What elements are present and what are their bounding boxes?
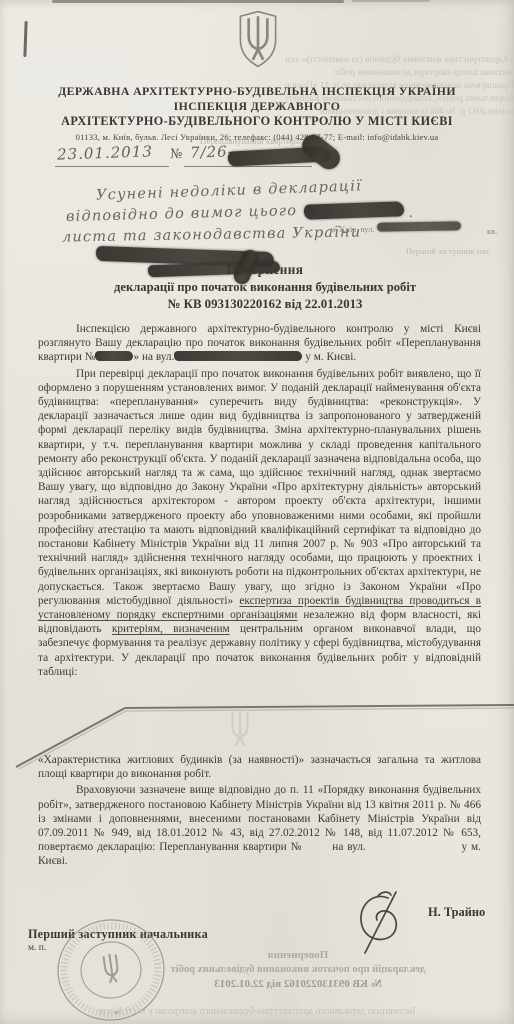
org-name-line3: АРХІТЕКТУРНО-БУДІВЕЛЬНОГО КОНТРОЛЮ У МІС…	[30, 114, 484, 129]
redaction-mark	[95, 351, 133, 361]
pen-mark	[23, 21, 27, 57]
hand-underlined-text: критеріям, визначеним	[112, 623, 230, 635]
blank-gap	[370, 849, 458, 850]
trident-watermark-icon	[222, 706, 258, 752]
body-paragraph: Інспекцією державного архітектурно-будів…	[38, 322, 481, 365]
body-text-block-1: Інспекцією державного архітектурно-будів…	[38, 322, 481, 681]
form-underline	[55, 166, 169, 167]
bleed-through-footer: Інспекцією державного архітектурно-будів…	[24, 1006, 490, 1017]
ukraine-trident-emblem-icon	[233, 10, 283, 68]
document-title-line2: декларації про початок виконання будівел…	[40, 280, 490, 295]
faint-address-suffix: кв.	[487, 226, 497, 236]
handwritten-note-line2: відповідно до вимог цього	[66, 203, 298, 225]
seal-place-label: м. п.	[28, 943, 46, 953]
handwritten-note-line1: Усунені недоліки в декларації	[96, 178, 362, 203]
org-name-line2: ІНСПЕКЦІЯ ДЕРЖАВНОГО	[30, 99, 484, 114]
bleed-through-title: Повернення декларацій про початок викона…	[128, 948, 468, 992]
redaction-mark	[377, 221, 461, 231]
org-address: 01133, м. Київ, бульв. Лесі Українки, 26…	[30, 132, 484, 142]
form-underline	[184, 166, 312, 167]
faint-address-prefix: м. Київ, вул.	[330, 224, 374, 234]
document-title-line1: Повернення	[40, 262, 490, 278]
handwritten-period: .	[409, 206, 413, 222]
bleed-through-fragment: Перший заступник нач	[406, 246, 489, 256]
blank-gap	[302, 849, 328, 850]
redaction-mark	[174, 351, 302, 361]
number-sign: №	[170, 147, 183, 162]
document-title-number: № КВ 093130220162 від 22.01.2013	[40, 297, 490, 312]
handwritten-date: 23.01.2013	[57, 142, 153, 163]
hand-underlined-text: експертиза проектів будівництва проводит…	[38, 595, 481, 621]
body-paragraph: «Характеристика житлових будинків (за на…	[38, 753, 481, 781]
redaction-mark	[304, 201, 404, 219]
org-name-line1: ДЕРЖАВНА АРХІТЕКТУРНО-БУДІВЕЛЬНА ІНСПЕКЦ…	[30, 84, 484, 99]
body-paragraph: Враховуючи зазначене вище відповідно до …	[38, 783, 481, 868]
body-paragraph: При перевірці декларації про початок вик…	[38, 367, 481, 679]
handwritten-note-line3: листа та законодавства України	[62, 224, 362, 245]
body-text-block-2: «Характеристика житлових будинків (за на…	[38, 753, 481, 871]
scanned-document-page: «Характеристика житлових будинків (за на…	[0, 0, 514, 1024]
signatory-name: Н. Трайно	[428, 905, 485, 920]
scan-edge-artifact	[352, 0, 430, 2]
scan-edge-artifact	[52, 0, 344, 3]
